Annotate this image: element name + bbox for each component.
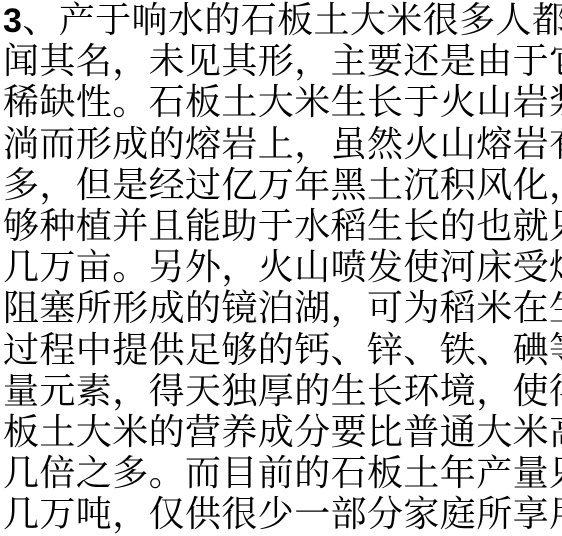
text-line-9: 过程中提供足够的钙、锌、铁、碘等微 <box>3 330 561 371</box>
text-line-7: 几万亩。另外，火山喷发使河床受熔岩 <box>3 247 561 288</box>
line-text: 、产于响水的石板土大米很多人都是只 <box>22 0 562 41</box>
text-line-12: 几倍之多。而目前的石板土年产量只有 <box>3 453 561 494</box>
text-line-10: 量元素，得天独厚的生长环境，使得石 <box>3 371 561 412</box>
text-line-13: 几万吨，仅供很少一部分家庭所享用。 <box>3 494 561 535</box>
paragraph-number: 3 <box>3 2 22 40</box>
text-line-3: 稀缺性。石板土大米生长于火山岩浆流 <box>3 82 561 123</box>
text-line-6: 够种植并且能助于水稻生长的也就只有 <box>3 206 561 247</box>
text-line-5: 多，但是经过亿万年黑土沉积风化，能 <box>3 165 561 206</box>
text-line-1: 3、产于响水的石板土大米很多人都是只 <box>3 0 561 41</box>
text-line-8: 阻塞所形成的镜泊湖，可为稻米在生产 <box>3 288 561 329</box>
text-line-4: 淌而形成的熔岩上，虽然火山熔岩有很 <box>3 124 561 165</box>
document-paragraph: 3、产于响水的石板土大米很多人都是只 闻其名，未见其形，主要还是由于它的 稀缺性… <box>3 0 561 535</box>
text-line-2: 闻其名，未见其形，主要还是由于它的 <box>3 41 561 82</box>
text-line-11: 板土大米的营养成分要比普通大米高出 <box>3 412 561 453</box>
